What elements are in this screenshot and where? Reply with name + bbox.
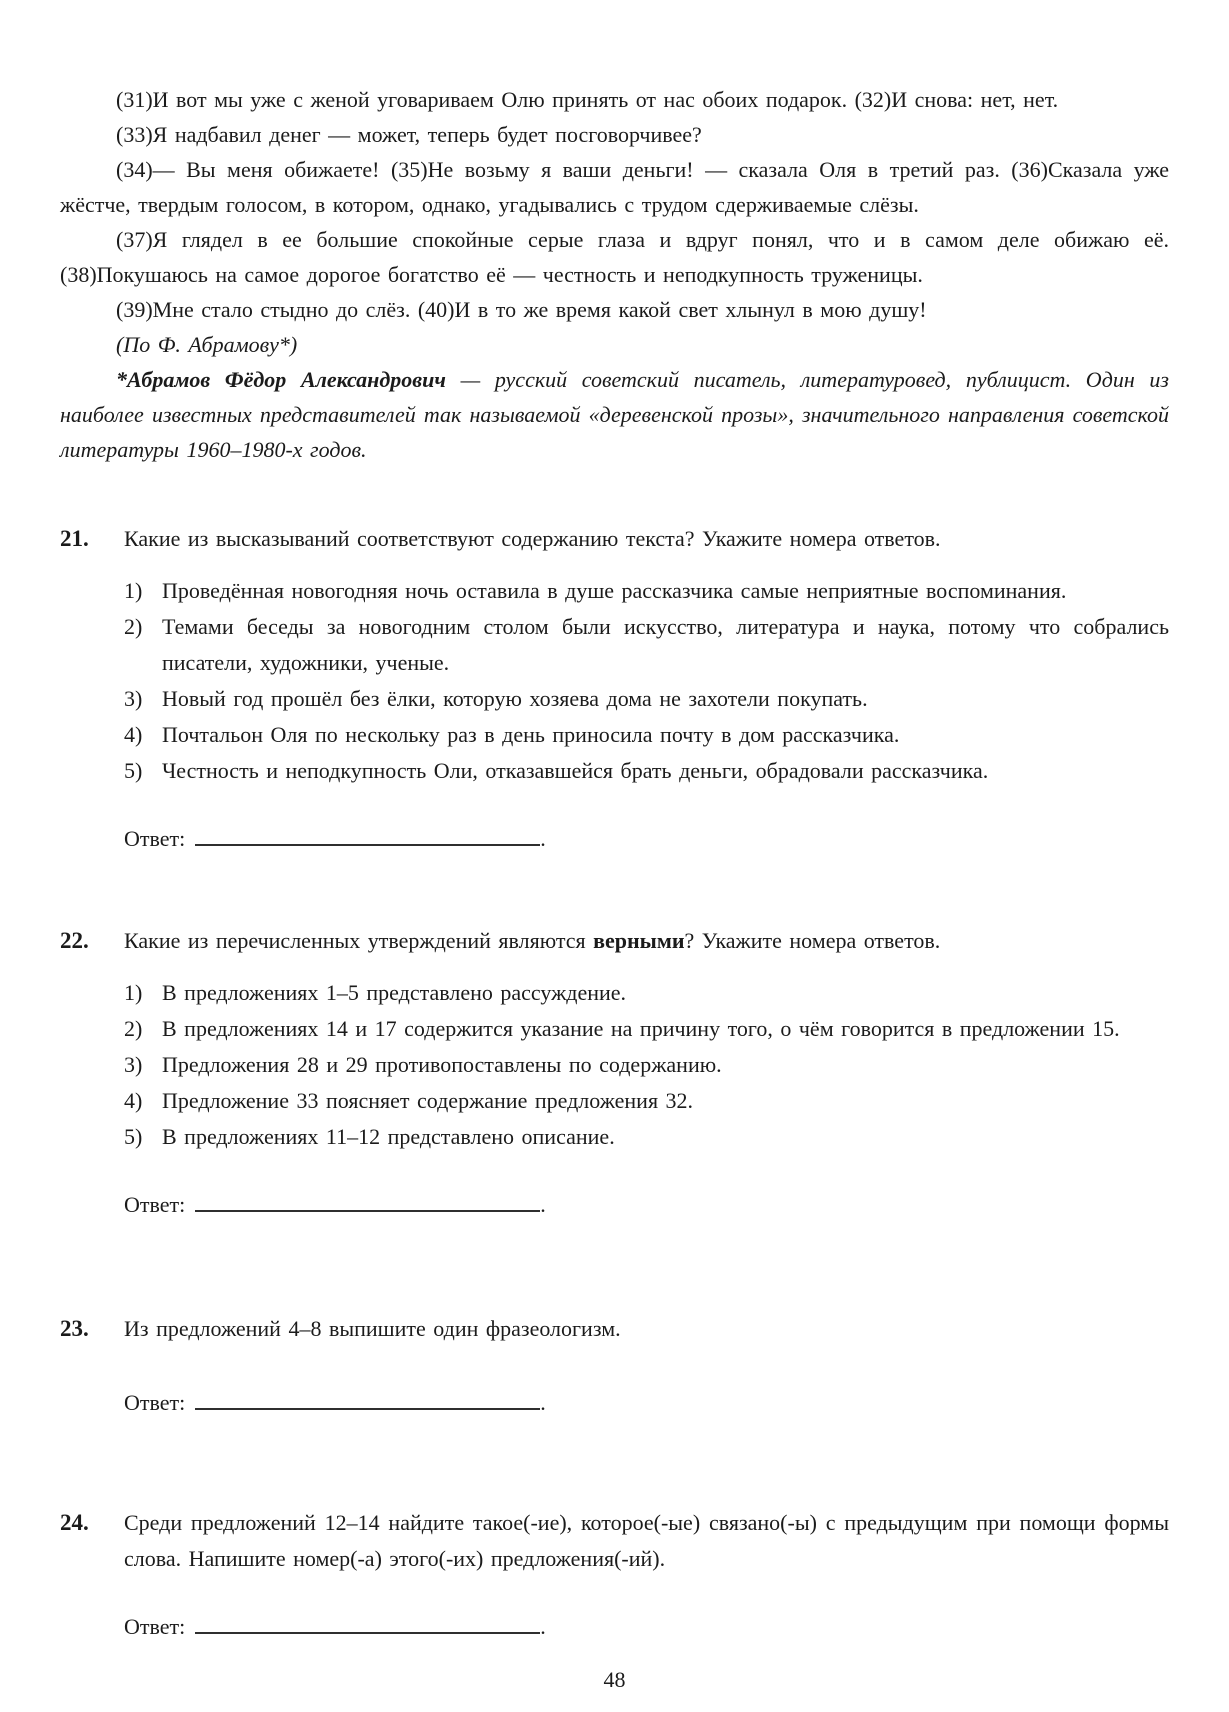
question-24: 24. Среди предложений 12–14 найдите тако… xyxy=(60,1505,1169,1645)
option-text: В предложениях 11–12 представлено описан… xyxy=(162,1119,1169,1155)
question-21-body: Какие из высказываний соответствуют соде… xyxy=(124,521,1169,857)
answer-line-21: Ответ:. xyxy=(124,821,1169,857)
answer-label: Ответ: xyxy=(124,826,185,851)
question-24-prompt: Среди предложений 12–14 найдите такое(-и… xyxy=(124,1505,1169,1577)
footnote-author-name: *Абрамов Фёдор Александрович xyxy=(116,367,446,392)
option-item: 3) Предложения 28 и 29 противопоставлены… xyxy=(124,1047,1169,1083)
passage-paragraph: (33)Я надбавил денег — может, теперь буд… xyxy=(60,117,1169,152)
option-number: 5) xyxy=(124,753,162,789)
question-24-prompt-text: Среди предложений 12–14 найдите такое(-и… xyxy=(124,1510,1169,1571)
option-number: 4) xyxy=(124,1083,162,1119)
answer-period: . xyxy=(540,1614,546,1639)
exam-page: (31)И вот мы уже с женой уговариваем Олю… xyxy=(0,0,1229,1712)
answer-line-22: Ответ:. xyxy=(124,1187,1169,1223)
option-number: 1) xyxy=(124,975,162,1011)
option-item: 2) Темами беседы за новогодним столом бы… xyxy=(124,609,1169,681)
passage-attribution: (По Ф. Абрамову*) xyxy=(60,327,1169,362)
question-24-number: 24. xyxy=(60,1505,124,1541)
option-number: 1) xyxy=(124,573,162,609)
question-22: 22. Какие из перечисленных утверждений я… xyxy=(60,923,1169,1223)
passage-paragraph: (37)Я глядел в ее большие спокойные серы… xyxy=(60,222,1169,292)
option-text: Проведённая новогодняя ночь оставила в д… xyxy=(162,573,1169,609)
passage-paragraph: (34)— Вы меня обижаете! (35)Не возьму я … xyxy=(60,152,1169,222)
question-23-prompt-text: Из предложений 4–8 выпишите один фразеол… xyxy=(124,1316,621,1341)
option-text: Почтальон Оля по нескольку раз в день пр… xyxy=(162,717,1169,753)
question-22-prompt-text: Какие из перечисленных утверждений являю… xyxy=(124,928,593,953)
option-text: Предложение 33 поясняет содержание предл… xyxy=(162,1083,1169,1119)
question-23: 23. Из предложений 4–8 выпишите один фра… xyxy=(60,1311,1169,1421)
option-item: 1) В предложениях 1–5 представлено рассу… xyxy=(124,975,1169,1011)
question-22-prompt-tail: ? Укажите номера ответов. xyxy=(685,928,941,953)
answer-blank-21 xyxy=(195,830,540,846)
answer-period: . xyxy=(540,1390,546,1415)
question-21-options: 1) Проведённая новогодняя ночь оставила … xyxy=(124,573,1169,789)
question-23-prompt: Из предложений 4–8 выпишите один фразеол… xyxy=(124,1311,1169,1347)
passage-paragraph: (39)Мне стало стыдно до слёз. (40)И в то… xyxy=(60,292,1169,327)
option-number: 2) xyxy=(124,1011,162,1047)
passage-text: (31)И вот мы уже с женой уговариваем Олю… xyxy=(60,82,1169,467)
answer-label: Ответ: xyxy=(124,1390,185,1415)
option-text: Честность и неподкупность Оли, отказавше… xyxy=(162,753,1169,789)
option-item: 5) В предложениях 11–12 представлено опи… xyxy=(124,1119,1169,1155)
option-number: 5) xyxy=(124,1119,162,1155)
answer-label: Ответ: xyxy=(124,1192,185,1217)
option-item: 4) Предложение 33 поясняет содержание пр… xyxy=(124,1083,1169,1119)
option-number: 2) xyxy=(124,609,162,645)
question-21: 21. Какие из высказываний соответствуют … xyxy=(60,521,1169,857)
answer-period: . xyxy=(540,826,546,851)
option-item: 5) Честность и неподкупность Оли, отказа… xyxy=(124,753,1169,789)
answer-blank-23 xyxy=(195,1394,540,1410)
author-footnote: *Абрамов Фёдор Александрович — русский с… xyxy=(60,362,1169,467)
answer-period: . xyxy=(540,1192,546,1217)
passage-paragraph: (31)И вот мы уже с женой уговариваем Олю… xyxy=(60,82,1169,117)
question-21-prompt: Какие из высказываний соответствуют соде… xyxy=(124,521,1169,557)
option-text: Темами беседы за новогодним столом были … xyxy=(162,609,1169,681)
question-22-prompt-bold: верными xyxy=(593,928,684,953)
option-number: 3) xyxy=(124,1047,162,1083)
option-number: 4) xyxy=(124,717,162,753)
question-22-prompt: Какие из перечисленных утверждений являю… xyxy=(124,923,1169,959)
option-text: В предложениях 1–5 представлено рассужде… xyxy=(162,975,1169,1011)
question-23-body: Из предложений 4–8 выпишите один фразеол… xyxy=(124,1311,1169,1421)
page-number: 48 xyxy=(60,1663,1169,1697)
question-24-body: Среди предложений 12–14 найдите такое(-и… xyxy=(124,1505,1169,1645)
answer-line-24: Ответ:. xyxy=(124,1609,1169,1645)
answer-blank-22 xyxy=(195,1196,540,1212)
option-item: 1) Проведённая новогодняя ночь оставила … xyxy=(124,573,1169,609)
question-22-body: Какие из перечисленных утверждений являю… xyxy=(124,923,1169,1223)
question-23-number: 23. xyxy=(60,1311,124,1347)
answer-blank-24 xyxy=(195,1618,540,1634)
answer-line-23: Ответ:. xyxy=(124,1385,1169,1421)
option-text: Новый год прошёл без ёлки, которую хозяе… xyxy=(162,681,1169,717)
question-22-options: 1) В предложениях 1–5 представлено рассу… xyxy=(124,975,1169,1155)
answer-label: Ответ: xyxy=(124,1614,185,1639)
question-22-number: 22. xyxy=(60,923,124,959)
question-21-prompt-text: Какие из высказываний соответствуют соде… xyxy=(124,526,941,551)
option-text: В предложениях 14 и 17 содержится указан… xyxy=(162,1011,1169,1047)
question-21-number: 21. xyxy=(60,521,124,557)
option-item: 3) Новый год прошёл без ёлки, которую хо… xyxy=(124,681,1169,717)
option-item: 4) Почтальон Оля по нескольку раз в день… xyxy=(124,717,1169,753)
option-item: 2) В предложениях 14 и 17 содержится ука… xyxy=(124,1011,1169,1047)
option-text: Предложения 28 и 29 противопоставлены по… xyxy=(162,1047,1169,1083)
option-number: 3) xyxy=(124,681,162,717)
